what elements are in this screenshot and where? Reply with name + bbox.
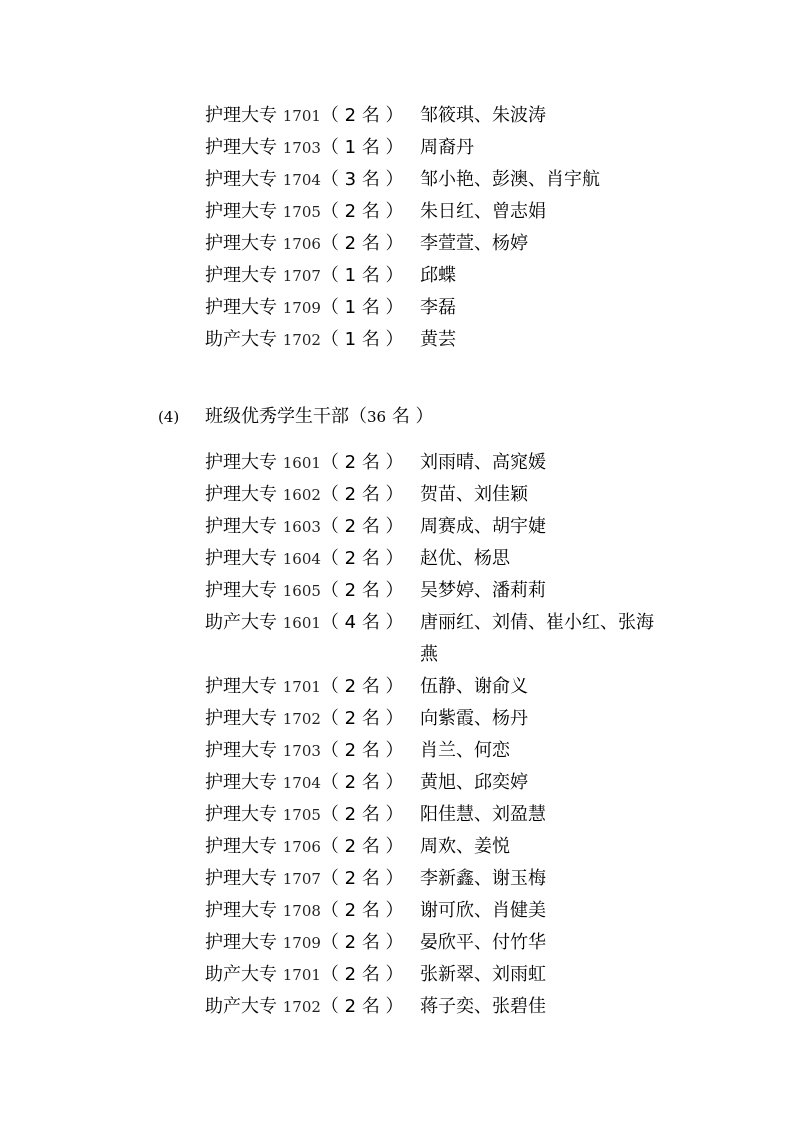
class-label: 护理大专 1709（ 1 名 ） xyxy=(205,292,420,324)
list-item: 护理大专 1705（ 2 名 ）朱日红、曾志娟 xyxy=(205,196,685,228)
student-names: 贺苗、刘佳颖 xyxy=(420,479,670,511)
class-label: 护理大专 1703（ 2 名 ） xyxy=(205,735,420,767)
section-number: (4) xyxy=(158,401,205,433)
student-names: 晏欣平、付竹华 xyxy=(420,927,670,959)
list-item: 护理大专 1701（ 2 名 ）伍静、谢俞义 xyxy=(205,671,685,703)
class-label: 护理大专 1704（ 2 名 ） xyxy=(205,767,420,799)
list-item: 护理大专 1701（ 2 名 ）邹筱琪、朱波涛 xyxy=(205,100,685,132)
class-label: 护理大专 1701（ 2 名 ） xyxy=(205,671,420,703)
list-item: 护理大专 1605（ 2 名 ）吴梦婷、潘莉莉 xyxy=(205,575,685,607)
list-item: 助产大专 1701（ 2 名 ）张新翠、刘雨虹 xyxy=(205,959,685,991)
list-item: 护理大专 1604（ 2 名 ）赵优、杨思 xyxy=(205,543,685,575)
list-item: 护理大专 1709（ 1 名 ）李磊 xyxy=(205,292,685,324)
list-item: 护理大专 1706（ 2 名 ）李萱萱、杨婷 xyxy=(205,228,685,260)
class-label: 护理大专 1701（ 2 名 ） xyxy=(205,100,420,132)
list-item: 护理大专 1707（ 1 名 ）邱蝶 xyxy=(205,260,685,292)
list-item: 护理大专 1705（ 2 名 ）阳佳慧、刘盈慧 xyxy=(205,799,685,831)
student-names: 朱日红、曾志娟 xyxy=(420,196,670,228)
student-names: 伍静、谢俞义 xyxy=(420,671,670,703)
class-label: 护理大专 1706（ 2 名 ） xyxy=(205,228,420,260)
student-names: 黄芸 xyxy=(420,324,670,356)
section-4-heading: (4) 班级优秀学生干部（36 名 ） xyxy=(158,401,434,433)
class-label: 护理大专 1709（ 2 名 ） xyxy=(205,927,420,959)
class-label: 护理大专 1707（ 1 名 ） xyxy=(205,260,420,292)
list-item: 助产大专 1702（ 2 名 ）蒋子奕、张碧佳 xyxy=(205,991,685,1023)
list-item: 护理大专 1704（ 3 名 ）邹小艳、彭澳、肖宇航 xyxy=(205,164,685,196)
class-label: 护理大专 1705（ 2 名 ） xyxy=(205,799,420,831)
student-names: 张新翠、刘雨虹 xyxy=(420,959,670,991)
student-names: 谢可欣、肖健美 xyxy=(420,895,670,927)
class-label: 护理大专 1708（ 2 名 ） xyxy=(205,895,420,927)
class-label: 护理大专 1602（ 2 名 ） xyxy=(205,479,420,511)
student-names: 刘雨晴、高窕媛 xyxy=(420,447,670,479)
list-item: 护理大专 1601（ 2 名 ）刘雨晴、高窕媛 xyxy=(205,447,685,479)
student-names: 吴梦婷、潘莉莉 xyxy=(420,575,670,607)
class-label: 护理大专 1707（ 2 名 ） xyxy=(205,863,420,895)
class-label: 助产大专 1702（ 1 名 ） xyxy=(205,324,420,356)
list-item: 护理大专 1706（ 2 名 ）周欢、姜悦 xyxy=(205,831,685,863)
student-names: 周赛成、胡宇婕 xyxy=(420,511,670,543)
list-item: 护理大专 1602（ 2 名 ）贺苗、刘佳颖 xyxy=(205,479,685,511)
list-item: 护理大专 1709（ 2 名 ）晏欣平、付竹华 xyxy=(205,927,685,959)
list-item: 护理大专 1704（ 2 名 ）黄旭、邱奕婷 xyxy=(205,767,685,799)
student-names: 阳佳慧、刘盈慧 xyxy=(420,799,670,831)
class-label: 护理大专 1605（ 2 名 ） xyxy=(205,575,420,607)
list-item: 护理大专 1708（ 2 名 ）谢可欣、肖健美 xyxy=(205,895,685,927)
student-names: 邹筱琪、朱波涛 xyxy=(420,100,670,132)
class-label: 助产大专 1701（ 2 名 ） xyxy=(205,959,420,991)
student-names: 李萱萱、杨婷 xyxy=(420,228,670,260)
class-label: 护理大专 1703（ 1 名 ） xyxy=(205,132,420,164)
student-names: 向紫霞、杨丹 xyxy=(420,703,670,735)
student-names: 李新鑫、谢玉梅 xyxy=(420,863,670,895)
student-names: 蒋子奕、张碧佳 xyxy=(420,991,670,1023)
document-page: 护理大专 1701（ 2 名 ）邹筱琪、朱波涛 护理大专 1703（ 1 名 ）… xyxy=(0,0,793,1122)
student-names: 李磊 xyxy=(420,292,670,324)
class-label: 护理大专 1603（ 2 名 ） xyxy=(205,511,420,543)
list-item: 护理大专 1703（ 1 名 ）周裔丹 xyxy=(205,132,685,164)
list-item: 助产大专 1601（ 4 名 ）唐丽红、刘倩、崔小红、张海燕 xyxy=(205,607,685,671)
section-3-continued-list: 护理大专 1701（ 2 名 ）邹筱琪、朱波涛 护理大专 1703（ 1 名 ）… xyxy=(205,100,685,356)
list-item: 护理大专 1707（ 2 名 ）李新鑫、谢玉梅 xyxy=(205,863,685,895)
student-names: 唐丽红、刘倩、崔小红、张海燕 xyxy=(420,607,662,671)
class-label: 护理大专 1604（ 2 名 ） xyxy=(205,543,420,575)
list-item: 护理大专 1703（ 2 名 ）肖兰、何恋 xyxy=(205,735,685,767)
class-label: 护理大专 1704（ 3 名 ） xyxy=(205,164,420,196)
class-label: 助产大专 1702（ 2 名 ） xyxy=(205,991,420,1023)
student-names: 邱蝶 xyxy=(420,260,670,292)
list-item: 助产大专 1702（ 1 名 ）黄芸 xyxy=(205,324,685,356)
student-names: 邹小艳、彭澳、肖宇航 xyxy=(420,164,670,196)
student-names: 黄旭、邱奕婷 xyxy=(420,767,670,799)
list-item: 护理大专 1603（ 2 名 ）周赛成、胡宇婕 xyxy=(205,511,685,543)
student-names: 肖兰、何恋 xyxy=(420,735,670,767)
section-4-list: 护理大专 1601（ 2 名 ）刘雨晴、高窕媛 护理大专 1602（ 2 名 ）… xyxy=(205,447,685,1023)
class-label: 护理大专 1706（ 2 名 ） xyxy=(205,831,420,863)
class-label: 护理大专 1705（ 2 名 ） xyxy=(205,196,420,228)
class-label: 助产大专 1601（ 4 名 ） xyxy=(205,607,420,639)
section-title: 班级优秀学生干部（36 名 ） xyxy=(205,401,434,433)
student-names: 周裔丹 xyxy=(420,132,670,164)
class-label: 护理大专 1702（ 2 名 ） xyxy=(205,703,420,735)
student-names: 赵优、杨思 xyxy=(420,543,670,575)
list-item: 护理大专 1702（ 2 名 ）向紫霞、杨丹 xyxy=(205,703,685,735)
class-label: 护理大专 1601（ 2 名 ） xyxy=(205,447,420,479)
student-names: 周欢、姜悦 xyxy=(420,831,670,863)
